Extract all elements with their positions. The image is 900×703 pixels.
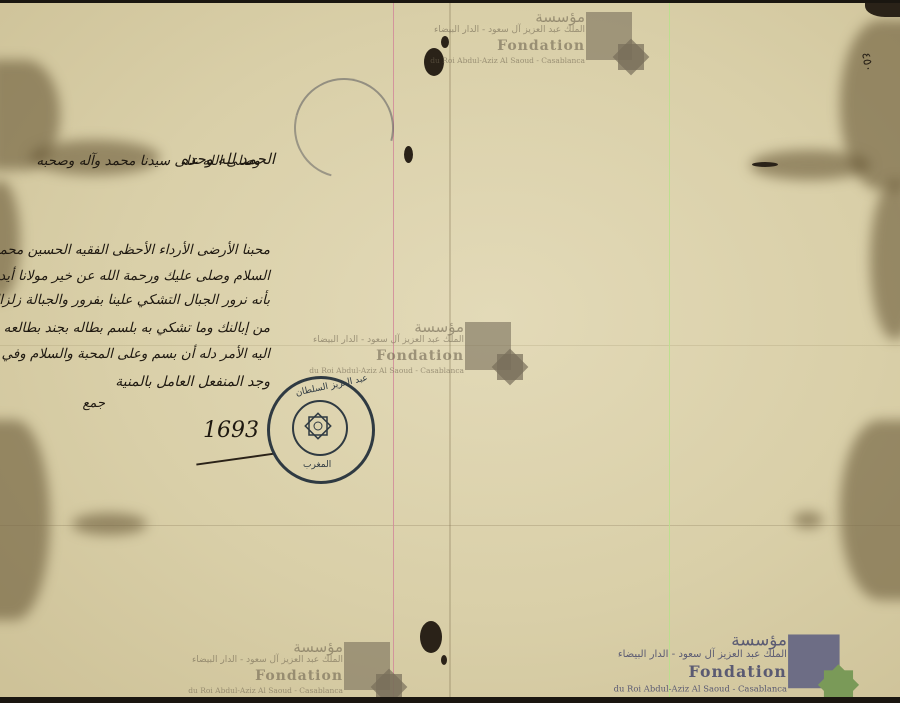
seal-bottom-text: المغرب: [303, 460, 331, 470]
watermark-fr-subtitle: du Roi Abdul-Aziz Al Saoud - Casablanca: [430, 56, 585, 65]
watermark-fr-subtitle: du Roi Abdul-Aziz Al Saoud - Casablanca: [188, 686, 343, 695]
watermark-fr-title: Fondation: [689, 664, 787, 682]
watermark-ar-subtitle: الملك عبد العزيز آل سعود - الدار البيضاء: [313, 335, 464, 345]
burn-mark: [752, 162, 778, 167]
registration-number: 1693: [203, 418, 259, 443]
body-line-2: السلام وصلى عليك ورحمة الله عن خير مولان…: [8, 268, 270, 284]
watermark-top: مؤسسة الملك عبد العزيز آل سعود - الدار ا…: [427, 8, 677, 68]
burn-hole: [404, 146, 413, 163]
foundation-logo-icon: [586, 12, 632, 60]
body-line-1: محبنا الأرضى الأرداء الأحظى الفقيه الحسي…: [8, 242, 270, 258]
watermark-ar-title: مؤسسة: [535, 8, 585, 26]
foundation-logo-icon: [344, 642, 390, 690]
body-line-4: من إبالنك وما تشكي به بلسم بطاله بجند بط…: [8, 320, 270, 336]
watermark-ar-title: مؤسسة: [293, 638, 343, 656]
seal-emblem-icon: [303, 411, 333, 441]
watermark-fr-subtitle: du Roi Abdul-Aziz Al Saoud - Casablanca: [614, 684, 787, 694]
document-scan: الحمد لله وحده وصلى الله على سيدنا محمد …: [0, 0, 900, 703]
margin-rule-green: [669, 0, 670, 703]
watermark-center: مؤسسة الملك عبد العزيز آل سعود - الدار ا…: [306, 318, 556, 378]
body-line-7: جمع: [75, 396, 105, 411]
watermark-bottom-right: مؤسسة الملك عبد العزيز آل سعود - الدار ا…: [610, 630, 890, 697]
burn-hole: [441, 655, 447, 665]
fold-line-horizontal: [0, 525, 900, 526]
body-line-6: وجد المنفعل العامل بالمنية: [60, 374, 270, 390]
foundation-logo-icon: [465, 322, 511, 370]
watermark-fr-subtitle: du Roi Abdul-Aziz Al Saoud - Casablanca: [309, 366, 464, 375]
water-stain-fold-left: [72, 513, 147, 535]
signature-stroke: [196, 452, 275, 465]
water-stain-right-mid: [870, 180, 900, 340]
scan-border-bottom: [0, 697, 900, 703]
water-stain-left-bottom: [0, 420, 50, 620]
doc-blessing-visible: وصلى الله على سيدنا محمد وآله وصحبه: [10, 153, 260, 169]
body-line-3: بأنه نرور الجبال التشكي علينا بفرور والج…: [8, 292, 270, 308]
water-stain-right-bottom: [840, 420, 900, 600]
watermark-ar-subtitle: الملك عبد العزيز آل سعود - الدار البيضاء: [618, 649, 787, 660]
watermark-fr-title: Fondation: [255, 668, 343, 684]
watermark-fr-title: Fondation: [376, 348, 464, 364]
faint-circular-stamp: [276, 60, 413, 197]
watermark-ar-subtitle: الملك عبد العزيز آل سعود - الدار البيضاء: [434, 25, 585, 35]
foundation-logo-icon: [788, 634, 840, 688]
watermark-fr-title: Fondation: [497, 38, 585, 54]
scan-border-top: [0, 0, 900, 3]
body-line-5: اليه الأمر دله أن بسم وعلى المحبة والسلا…: [8, 346, 270, 362]
watermark-ar-title: مؤسسة: [414, 318, 464, 336]
watermark-ar-title: مؤسسة: [731, 630, 787, 650]
watermark-ar-subtitle: الملك عبد العزيز آل سعود - الدار البيضاء: [192, 655, 343, 665]
watermark-bottom-center: مؤسسة الملك عبد العزيز آل سعود - الدار ا…: [185, 638, 435, 698]
